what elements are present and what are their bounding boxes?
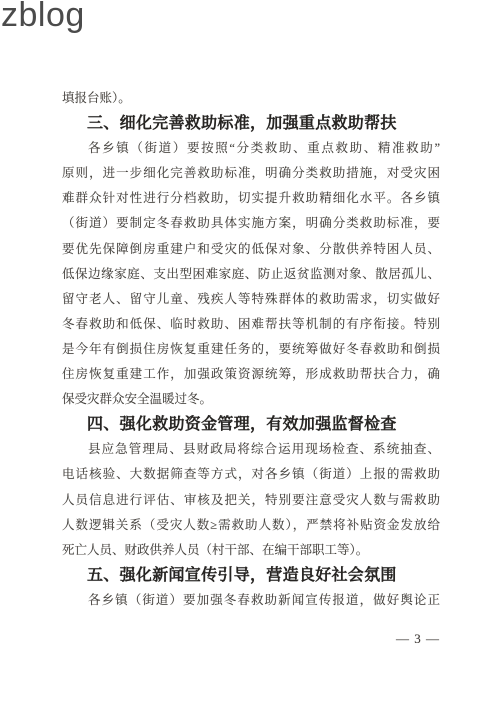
site-logo[interactable]: zblog [1, 0, 85, 35]
document-heading: 三、细化完善救助标准，加强重点救助帮扶 [62, 111, 440, 136]
document-line: 各乡镇（街道）要按照“分类救助、重点救助、精准救助” [62, 136, 440, 161]
document-line: 要优先保障倒房重建户和受灾的低保对象、分散供养特困人员、 [62, 237, 440, 262]
document-heading: 四、强化救助资金管理，有效加强监督检查 [62, 412, 440, 437]
document-line: 人员信息进行评估、审核及把关，特别要注意受灾人数与需救助 [62, 488, 440, 513]
document-line: 县应急管理局、县财政局将综合运用现场检查、系统抽查、 [62, 437, 440, 462]
document-line: 住房恢复重建工作，加强政策资源统筹，形成救助帮扶合力，确 [62, 362, 440, 387]
document-heading: 五、强化新闻宣传引导，营造良好社会氛围 [62, 563, 440, 588]
document-line: 原则，进一步细化完善救助标准，明确分类救助措施，对受灾困 [62, 161, 440, 186]
document-line: 是今年有倒损住房恢复重建任务的，要统筹做好冬春救助和倒损 [62, 337, 440, 362]
document-page: 填报台账）。三、细化完善救助标准，加强重点救助帮扶各乡镇（街道）要按照“分类救助… [62, 86, 440, 651]
document-line: 冬春救助和低保、临时救助、困难帮扶等机制的有序衔接。特别 [62, 312, 440, 337]
document-line: 低保边缘家庭、支出型困难家庭、防止返贫监测对象、散居孤儿、 [62, 262, 440, 287]
document-line: 死亡人员、财政供养人员（村干部、在编干部职工等）。 [62, 538, 440, 563]
document-line: 人数逻辑关系（受灾人数≥需救助人数），严禁将补贴资金发放给 [62, 513, 440, 538]
document-line: （街道）要制定冬春救助具体实施方案，明确分类救助标准，要 [62, 211, 440, 236]
document-lines: 填报台账）。三、细化完善救助标准，加强重点救助帮扶各乡镇（街道）要按照“分类救助… [62, 86, 440, 613]
document-line: 电话核验、大数据筛查等方式，对各乡镇（街道）上报的需救助 [62, 462, 440, 487]
document-line: 保受灾群众安全温暖过冬。 [62, 387, 440, 412]
document-line: 各乡镇（街道）要加强冬春救助新闻宣传报道，做好舆论正 [62, 588, 440, 613]
document-line: 难群众针对性进行分档救助，切实提升救助精细化水平。各乡镇 [62, 186, 440, 211]
document-line: 留守老人、留守儿童、残疾人等特殊群体的救助需求，切实做好 [62, 287, 440, 312]
page: zblog 填报台账）。三、细化完善救助标准，加强重点救助帮扶各乡镇（街道）要按… [0, 0, 500, 708]
page-number: — 3 — [62, 626, 440, 651]
document-line: 填报台账）。 [62, 86, 440, 111]
